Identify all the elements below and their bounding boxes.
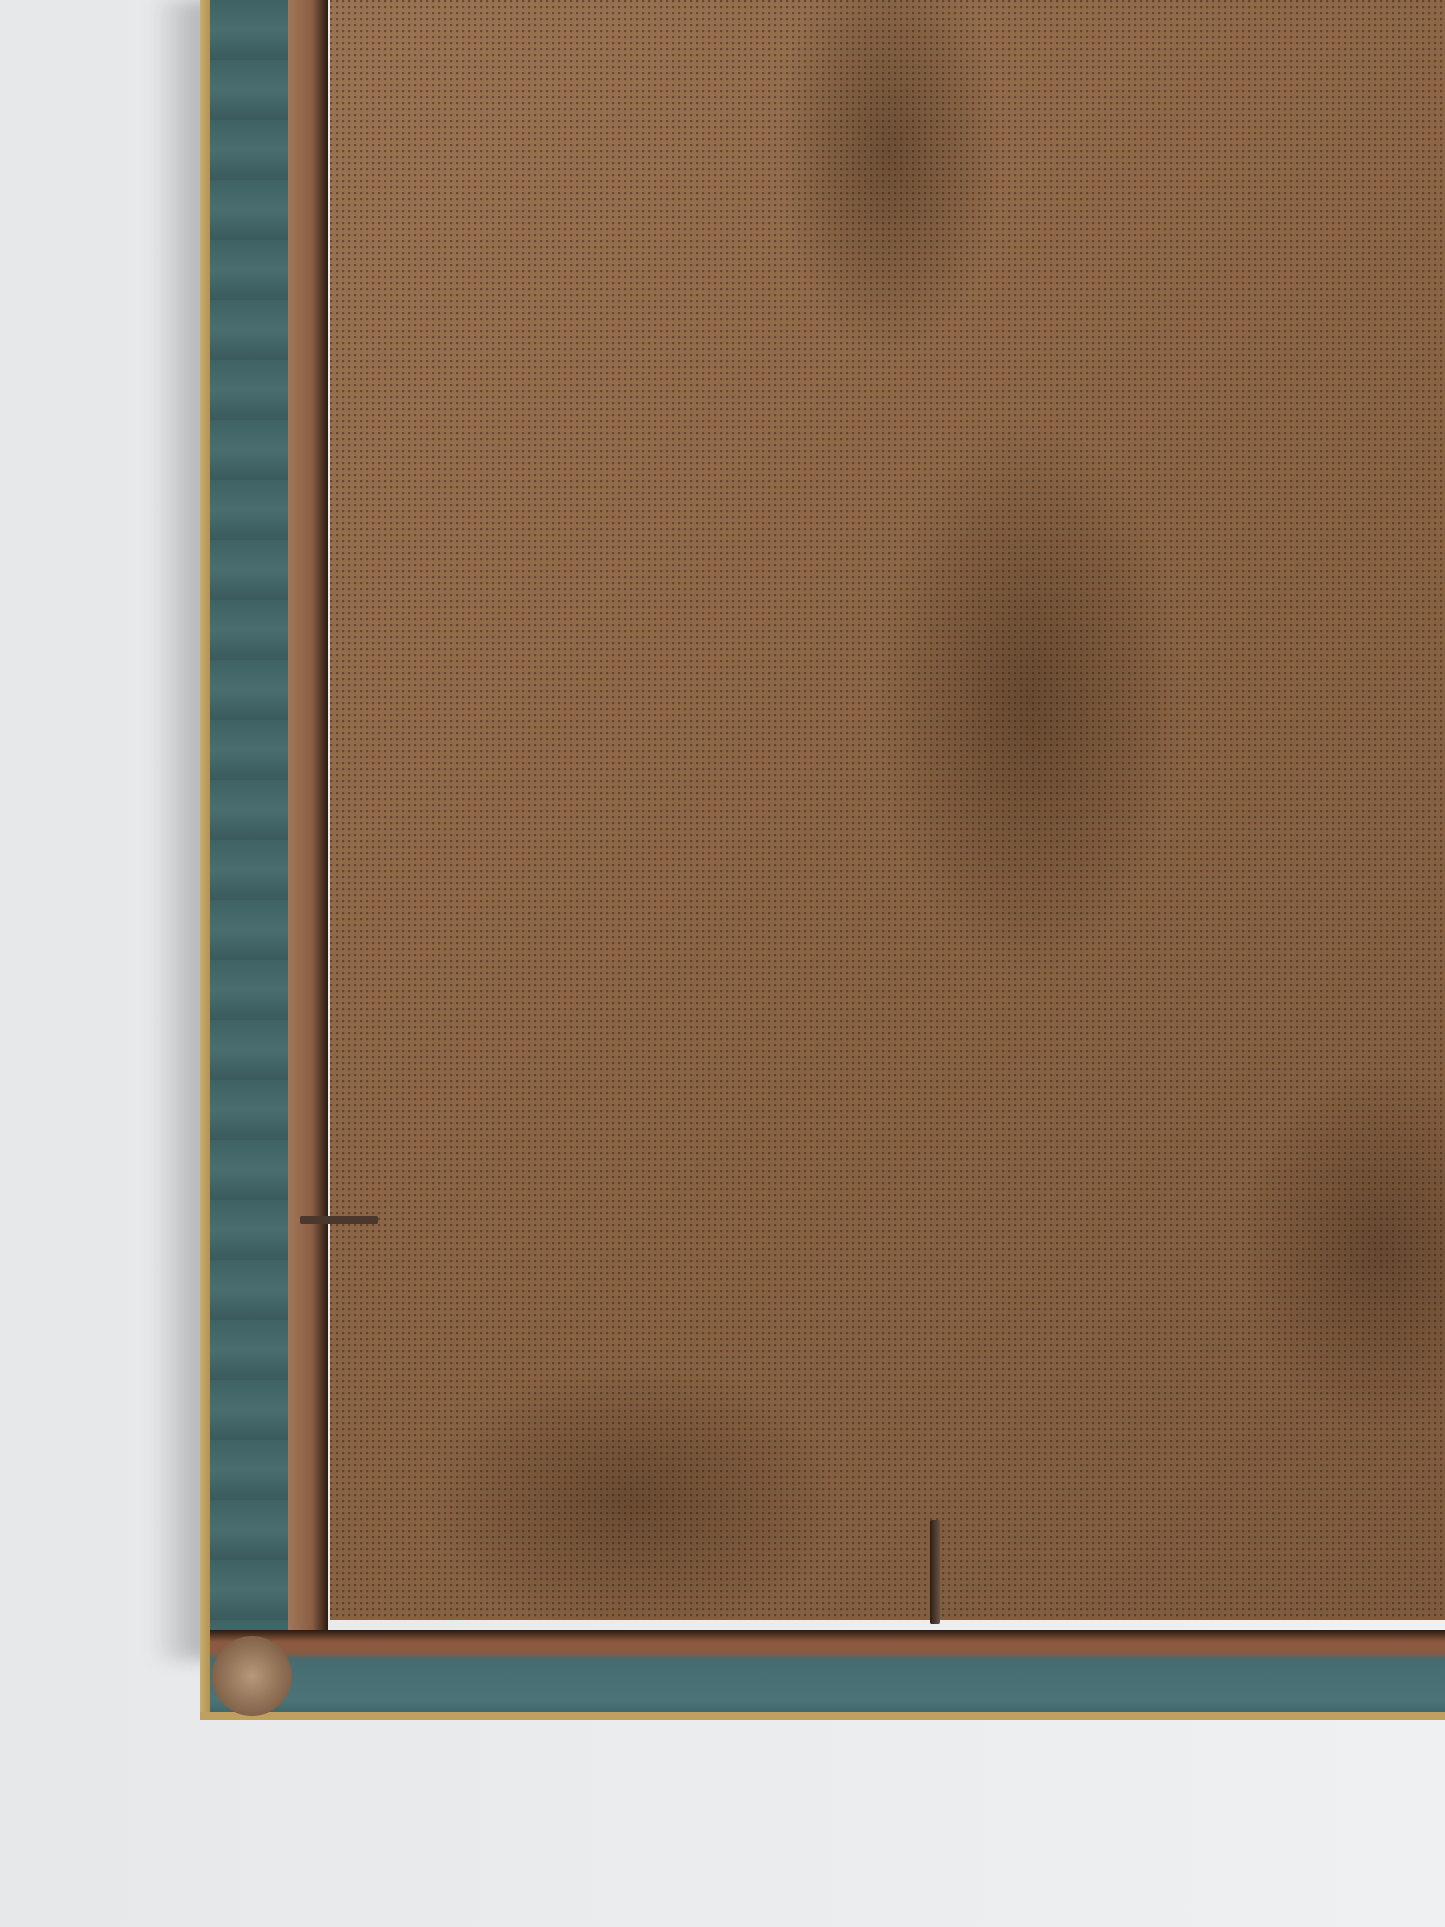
hardboard-backing xyxy=(330,0,1445,1620)
frame-left-painted xyxy=(210,0,290,1700)
frame-corner-knot xyxy=(212,1636,292,1716)
frame-left-inner-wood xyxy=(288,0,328,1640)
frame-bottom-painted xyxy=(210,1630,1445,1720)
side-nail xyxy=(300,1216,378,1224)
bottom-nail xyxy=(930,1520,940,1624)
frame-bottom-edge xyxy=(200,1712,1445,1720)
